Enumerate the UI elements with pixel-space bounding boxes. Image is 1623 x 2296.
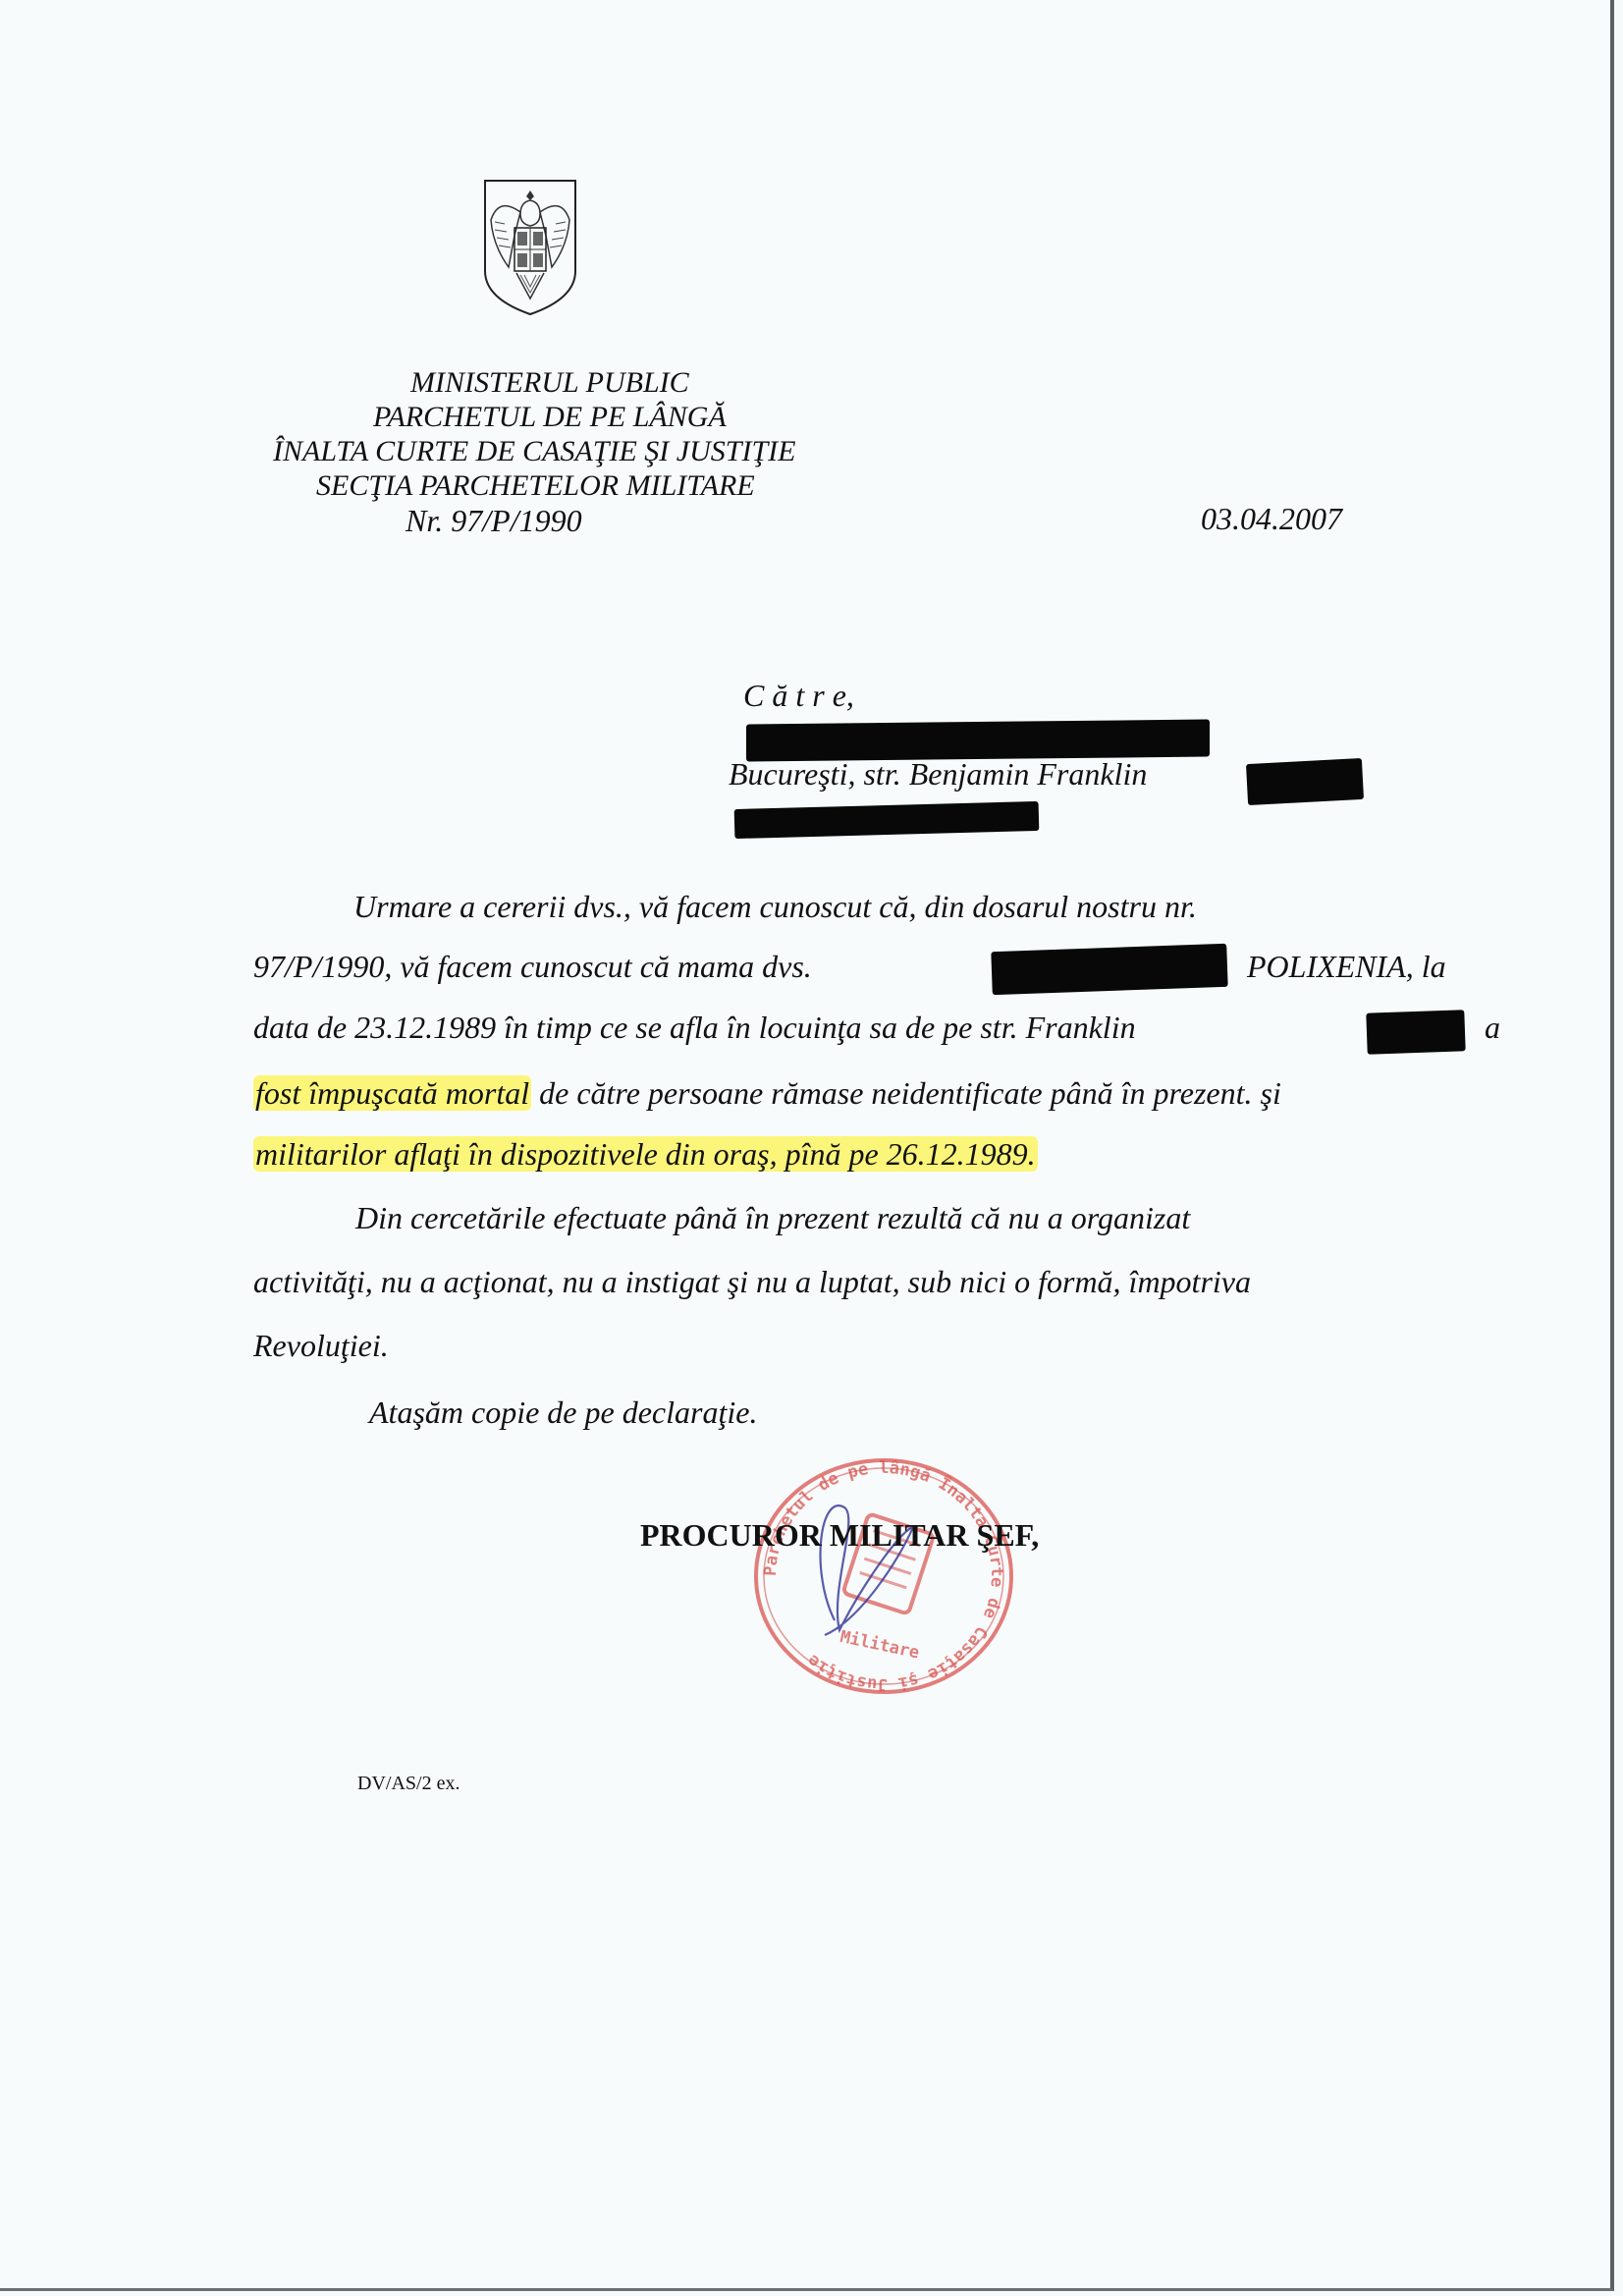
redaction-house-number [1366,1010,1465,1054]
paragraph1-line2-end: POLIXENIA, la [1247,949,1446,985]
address-line: Bucureşti, str. Benjamin Franklin [729,756,1147,793]
highlighted-text-military: militarilor aflaţi în dispozitivele din … [253,1136,1038,1172]
header-line-ministry: MINISTERUL PUBLIC [410,365,689,400]
header-line-parchet: PARCHETUL DE PE LÂNGĂ [373,400,727,434]
highlighted-text-shot: fost împuşcată mortal [253,1075,531,1111]
svg-text:Militare: Militare [839,1627,921,1664]
paragraph1-line1: Urmare a cererii dvs., vă facem cunoscut… [353,889,1197,925]
paragraph1-line2-start: 97/P/1990, vă facem cunoscut că mama dvs… [253,949,812,984]
paragraph1-line3: data de 23.12.1989 în timp ce se afla în… [253,1010,1136,1046]
paragraph1-line3-end: a [1485,1010,1500,1046]
document-page: MINISTERUL PUBLIC PARCHETUL DE PE LÂNGĂ … [0,0,1614,2291]
paragraph1-line5: militarilor aflaţi în dispozitivele din … [253,1136,1038,1173]
svg-text:Parchetul de pe lângă Înalta C: Parchetul de pe lângă Înalta Curte de Ca… [761,1458,1006,1694]
paragraph1-line4: fost împuşcată mortal de către persoane … [253,1075,1281,1112]
paragraph1-line2: 97/P/1990, vă facem cunoscut că mama dvs… [253,949,812,985]
paragraph2-line1: Din cercetările efectuate până în prezen… [355,1200,1190,1236]
paragraph1-line4-rest: de către persoane rămase neidentificate … [531,1075,1281,1111]
paragraph2-line3: Revoluţiei. [253,1328,389,1364]
document-date: 03.04.2007 [1201,501,1342,537]
redaction-street-number [1246,758,1364,805]
document-number: Nr. 97/P/1990 [406,503,582,539]
header-line-court: ÎNALTA CURTE DE CASAŢIE ŞI JUSTIŢIE [273,434,795,468]
salutation: C ă t r e, [743,678,854,714]
redaction-address-line2 [734,801,1040,839]
redaction-surname [991,944,1227,995]
reference-code: DV/AS/2 ex. [357,1773,460,1795]
paragraph2-line2: activităţi, nu a acţionat, nu a instigat… [253,1264,1251,1300]
paragraph3: Ataşăm copie de pe declaraţie. [369,1394,757,1431]
coat-of-arms-icon [481,177,579,318]
signatory-title: PROCUROR MILITAR ŞEF, [640,1517,1039,1554]
official-stamp-icon: Parchetul de pe lângă Înalta Curte de Ca… [741,1453,1026,1699]
header-line-section: SECŢIA PARCHETELOR MILITARE [316,468,755,503]
